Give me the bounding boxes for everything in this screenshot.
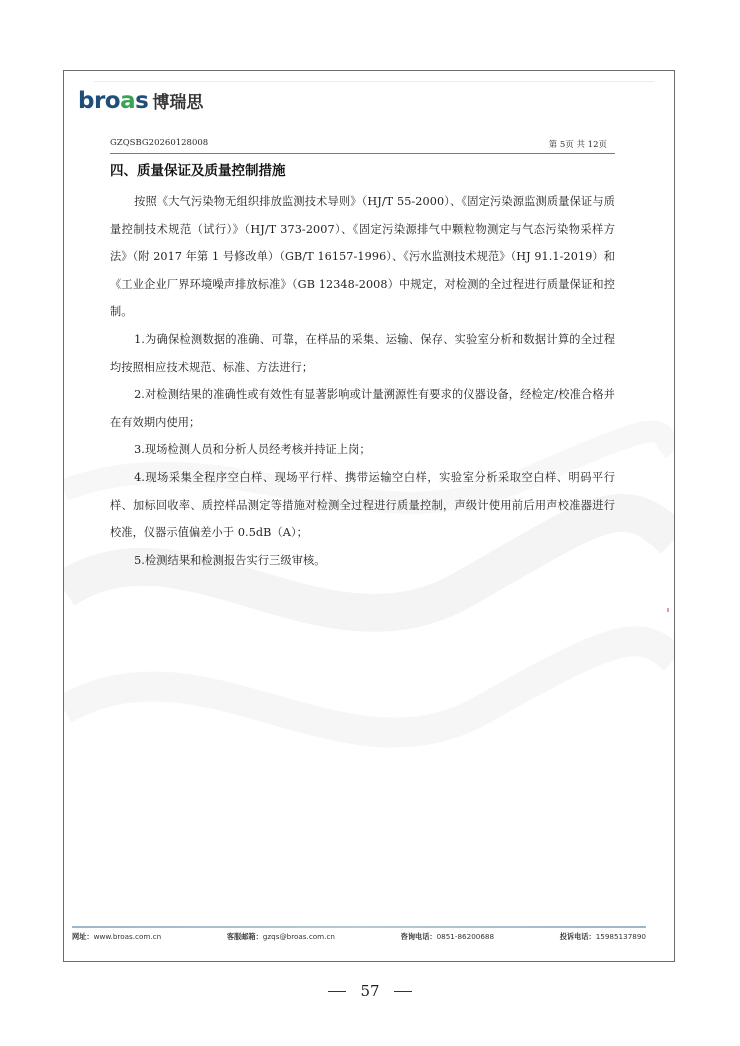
logo-part-bro: bro [78,88,120,114]
measure-item-5: 5.检测结果和检测报告实行三级审核。 [110,547,615,575]
footer-divider [72,926,646,928]
logo-part-s: s [135,88,148,114]
measure-item-4: 4.现场采集全程序空白样、现场平行样、携带运输空白样，实验室分析采取空白样、明码… [110,464,615,547]
footer-website: 网址：www.broas.com.cn [72,932,161,942]
page-number: 57 [360,982,379,1000]
logo-part-a: a [120,88,135,114]
page-number-footer: 57 [0,982,740,1000]
document-footer: 网址：www.broas.com.cn 客服邮箱：gzqs@broas.com.… [72,932,646,942]
company-logo: broas 博瑞思 [78,88,203,113]
section-title: 四、质量保证及质量控制措施 [110,160,615,182]
measure-item-2: 2.对检测结果的准确性或有效性有显著影响或计量溯源性有要求的仪器设备，经检定/校… [110,381,615,436]
dash-left [328,991,346,992]
document-header: GZQSBG20260128008 第 5页 共 12页 [110,138,615,154]
footer-complaint-phone: 投诉电话：15985137890 [560,932,646,942]
scan-artifact-mark [667,608,669,612]
frame-top-rule [94,81,654,82]
logo-chinese-name: 博瑞思 [152,88,203,113]
logo-wordmark: broas [78,90,148,113]
report-number: GZQSBG20260128008 [110,138,208,150]
intro-paragraph: 按照《大气污染物无组织排放监测技术导则》（HJ/T 55-2000）、《固定污染… [110,188,615,326]
document-body: 四、质量保证及质量控制措施 按照《大气污染物无组织排放监测技术导则》（HJ/T … [110,160,615,574]
measure-item-3: 3.现场检测人员和分析人员经考核并持证上岗； [110,436,615,464]
footer-consult-phone: 咨询电话：0851-86200688 [401,932,494,942]
measure-item-1: 1.为确保检测数据的准确、可靠，在样品的采集、运输、保存、实验室分析和数据计算的… [110,326,615,381]
dash-right [394,991,412,992]
page-info: 第 5页 共 12页 [549,138,615,150]
footer-email: 客服邮箱：gzqs@broas.com.cn [227,932,335,942]
